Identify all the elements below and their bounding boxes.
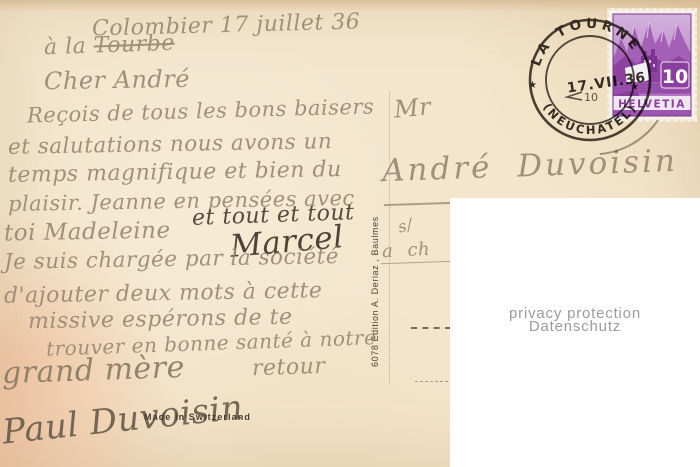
- edition-imprint: 6078 Edition A. Deriaz , Baulmes: [370, 107, 380, 367]
- message-address-divider: [389, 92, 390, 384]
- address-dashed-line: [411, 327, 451, 329]
- postmark-town-bottom: (NEUCHATEL): [540, 101, 639, 138]
- message-closing-grandmere: grand mère: [1, 350, 185, 391]
- svg-text:(NEUCHATEL): (NEUCHATEL): [540, 101, 639, 138]
- postmark-icon: LA TOURNE (NEUCHATEL) 17.VII.36 10 ★ ★: [512, 2, 668, 158]
- message-body-line: et salutations nous avons un: [8, 129, 333, 160]
- postcard-back: Colombier 17 juillet 36 à la Tourbe Cher…: [0, 0, 700, 467]
- message-location: à la Tourbe: [44, 31, 176, 61]
- postmark-hour: 10: [584, 91, 598, 104]
- message-salutation: Cher André: [44, 65, 190, 96]
- postmark-town-top: LA TOURNE: [528, 16, 645, 69]
- location-struck-word: Tourbe: [93, 31, 175, 59]
- address-name-underline: [384, 202, 452, 206]
- message-postscript-line: Je suis chargée par la société: [4, 244, 339, 275]
- address-careof-bottom: a ch: [381, 239, 430, 262]
- message-postscript-retour: retour: [252, 354, 326, 382]
- address-dashed-line: [415, 381, 453, 382]
- made-in-imprint: Made in Switzerland: [144, 412, 251, 422]
- privacy-overlay-box: privacy protection Datenschutz: [450, 198, 700, 467]
- postmark-star-left: ★: [528, 80, 537, 91]
- privacy-line-2: Datenschutz: [450, 321, 700, 334]
- message-body-line: toi Madeleine: [4, 218, 171, 247]
- address-careof-top: s/: [396, 214, 415, 236]
- message-body-line: Reçois de tous les bons baisers: [27, 94, 375, 127]
- message-body-line: temps magnifique et bien du: [8, 157, 342, 188]
- svg-text:LA TOURNE: LA TOURNE: [528, 16, 645, 69]
- postmark-star-right: ★: [630, 82, 639, 93]
- address-title: Mr: [393, 92, 432, 123]
- privacy-overlay-text: privacy protection Datenschutz: [450, 308, 700, 333]
- location-prefix: à la: [44, 34, 95, 61]
